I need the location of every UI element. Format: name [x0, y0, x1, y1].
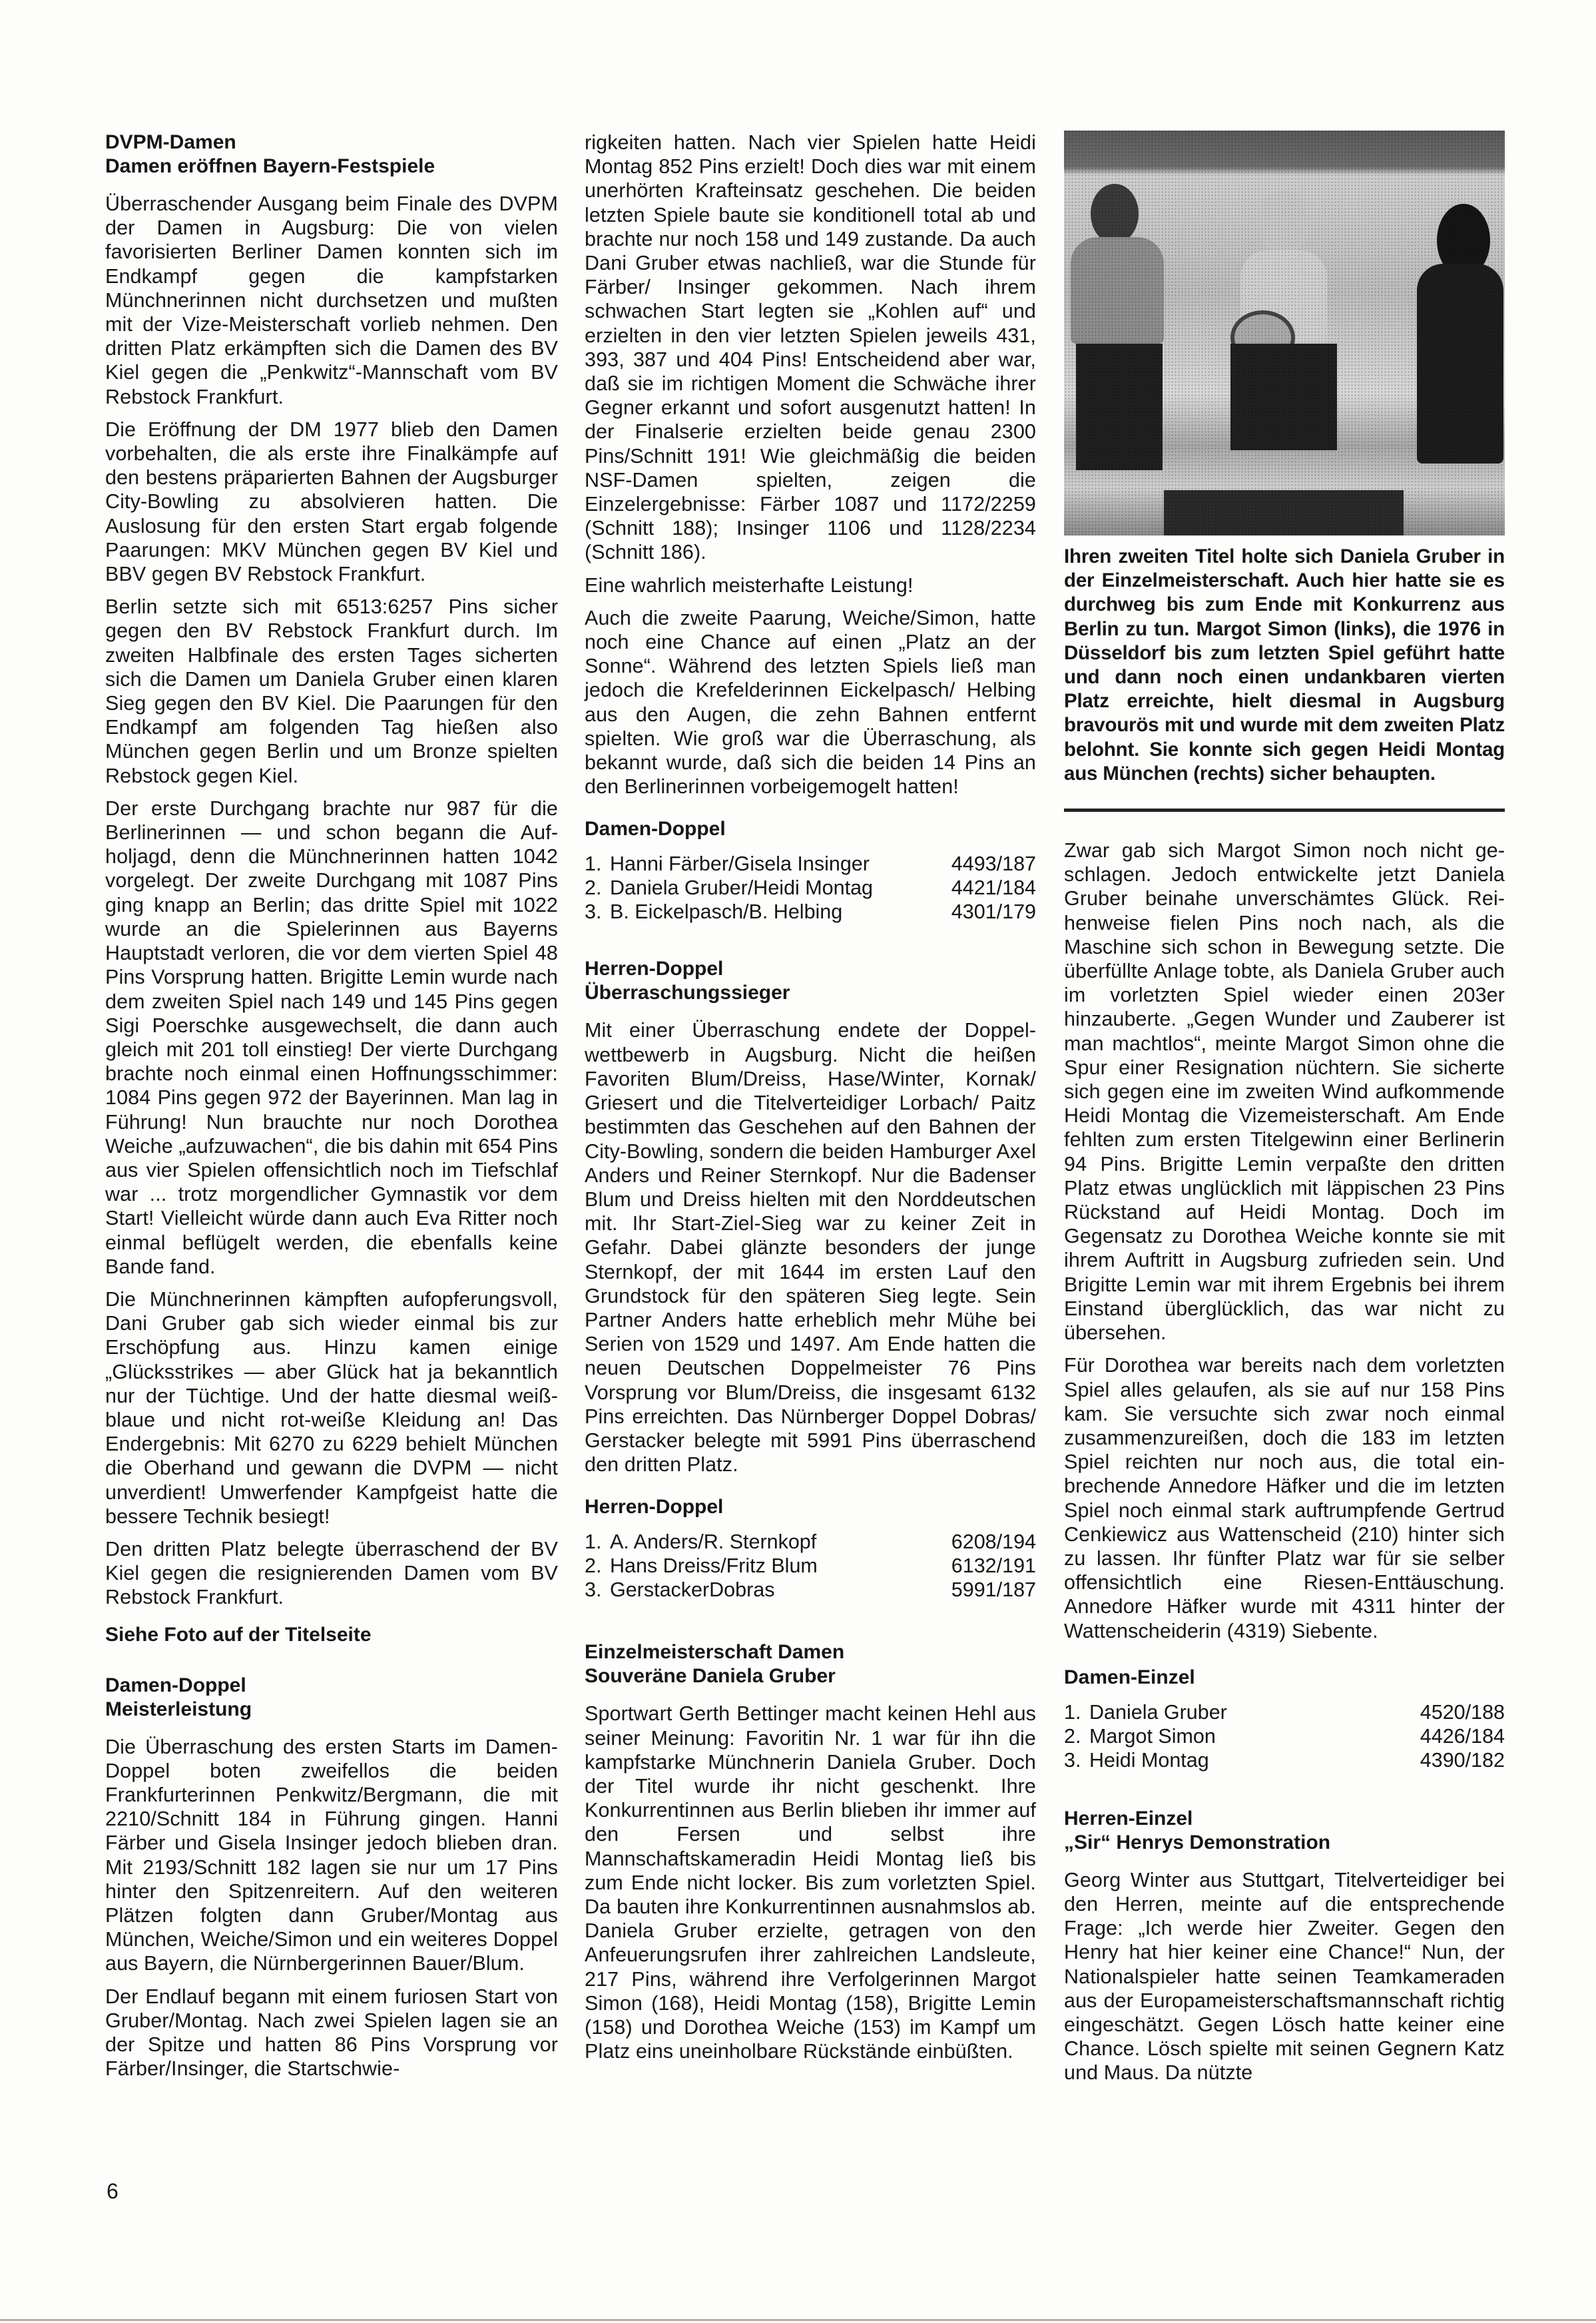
score: 4493/187 — [951, 852, 1036, 876]
score: 4301/179 — [951, 900, 1036, 924]
headline: Souveräne Daniela Gruber — [585, 1664, 1036, 1688]
results-row: 3.B. Eickelpasch/B. Helbing 4301/179 — [585, 900, 1036, 924]
paragraph: Für Dorothea war bereits nach dem vorlet… — [1064, 1353, 1505, 1642]
kicker: Herren-Doppel — [585, 957, 1036, 981]
results-table-herren-doppel: Herren-Doppel 1.A. Anders/R. Sternkopf 6… — [585, 1495, 1036, 1602]
article-heading-herren-doppel: Herren-Doppel Überraschungssieger — [585, 957, 1036, 1005]
halftone-overlay — [1064, 131, 1505, 535]
results-table-damen-doppel: Damen-Doppel 1.Hanni Färber/Gisela Insin… — [585, 817, 1036, 924]
score: 6132/191 — [951, 1554, 1036, 1578]
paragraph: Zwar gab sich Margot Simon noch nicht ge… — [1064, 838, 1505, 1345]
article-heading-herren-einzel: Herren-Einzel „Sir“ Henrys Demonstration — [1064, 1807, 1505, 1855]
paragraph: rigkeiten hatten. Nach vier Spielen hatt… — [585, 131, 1036, 565]
column-3: Ihren zweiten Titel holte sich Daniela G… — [1064, 131, 1505, 2094]
headline: Damen eröffnen Bayern-Festspiele — [105, 155, 558, 178]
kicker: Damen-Doppel — [105, 1674, 558, 1698]
headline: „Sir“ Henrys Demonstration — [1064, 1831, 1505, 1855]
results-row: 1.Hanni Färber/Gisela Insinger 4493/187 — [585, 852, 1036, 876]
score: 6208/194 — [951, 1530, 1036, 1554]
paragraph: Den dritten Platz belegte überraschend d… — [105, 1537, 558, 1610]
results-title: Herren-Doppel — [585, 1495, 1036, 1519]
paragraph: Eine wahrlich meisterhafte Leistung! — [585, 573, 1036, 597]
results-row: 2.Daniela Gruber/Heidi Montag 4421/184 — [585, 876, 1036, 900]
score: 4421/184 — [951, 876, 1036, 900]
results-row: 2.Hans Dreiss/Fritz Blum 6132/191 — [585, 1554, 1036, 1578]
column-2: rigkeiten hatten. Nach vier Spielen hatt… — [585, 131, 1036, 2072]
results-table-damen-einzel: Damen-Einzel 1.Daniela Gruber 4520/188 2… — [1064, 1666, 1505, 1772]
score: 4426/184 — [1420, 1724, 1505, 1748]
paragraph: Die Münchnerinnen kämpften aufopferungs­… — [105, 1287, 558, 1528]
paragraph: Sportwart Gerth Bettinger macht keinen H… — [585, 1702, 1036, 2063]
results-row: 1.A. Anders/R. Sternkopf 6208/194 — [585, 1530, 1036, 1554]
divider-rule — [1064, 809, 1505, 812]
results-title: Damen-Einzel — [1064, 1666, 1505, 1690]
results-row: 1.Daniela Gruber 4520/188 — [1064, 1700, 1505, 1724]
paragraph: Überraschender Ausgang beim Finale des D… — [105, 192, 558, 409]
results-row: 3.Heidi Montag 4390/182 — [1064, 1748, 1505, 1772]
article-heading-einzel-damen: Einzelmeisterschaft Damen Souveräne Dani… — [585, 1640, 1036, 1688]
page-number: 6 — [107, 2179, 119, 2204]
paragraph: Berlin setzte sich mit 6513:6257 Pins si… — [105, 595, 558, 788]
paragraph: Der Endlauf begann mit einem furiosen St… — [105, 1985, 558, 2081]
headline: Überraschungssieger — [585, 981, 1036, 1005]
results-title: Damen-Doppel — [585, 817, 1036, 841]
page-edge-line — [0, 2319, 1596, 2321]
paragraph: Die Überraschung des ersten Starts im Da… — [105, 1735, 558, 1976]
column-1: DVPM-Damen Damen eröffnen Bayern-Festspi… — [105, 131, 558, 2089]
article-heading-dvpm-damen: DVPM-Damen Damen eröffnen Bayern-Festspi… — [105, 131, 558, 178]
paragraph: Georg Winter aus Stuttgart, Titelverteid… — [1064, 1868, 1505, 2085]
paragraph: Mit einer Überraschung endete der Doppel… — [585, 1018, 1036, 1477]
score: 4390/182 — [1420, 1748, 1505, 1772]
article-heading-damen-doppel: Damen-Doppel Meisterleistung — [105, 1674, 558, 1722]
score: 4520/188 — [1420, 1700, 1505, 1724]
headline: Meisterleistung — [105, 1698, 558, 1722]
results-row: 3.GerstackerDobras 5991/187 — [585, 1578, 1036, 1602]
paragraph: Der erste Durchgang brachte nur 987 für … — [105, 797, 558, 1279]
kicker: DVPM-Damen — [105, 131, 558, 155]
score: 5991/187 — [951, 1578, 1036, 1602]
photo-caption: Ihren zweiten Titel holte sich Daniela G… — [1064, 545, 1505, 786]
podium-photo — [1064, 131, 1505, 535]
photo-reference-note: Siehe Foto auf der Titelseite — [105, 1623, 558, 1647]
paragraph: Die Eröffnung der DM 1977 blieb den Dame… — [105, 418, 558, 586]
kicker: Einzelmeisterschaft Damen — [585, 1640, 1036, 1664]
kicker: Herren-Einzel — [1064, 1807, 1505, 1831]
results-row: 2.Margot Simon 4426/184 — [1064, 1724, 1505, 1748]
paragraph: Auch die zweite Paarung, Weiche/Simon, h… — [585, 606, 1036, 799]
